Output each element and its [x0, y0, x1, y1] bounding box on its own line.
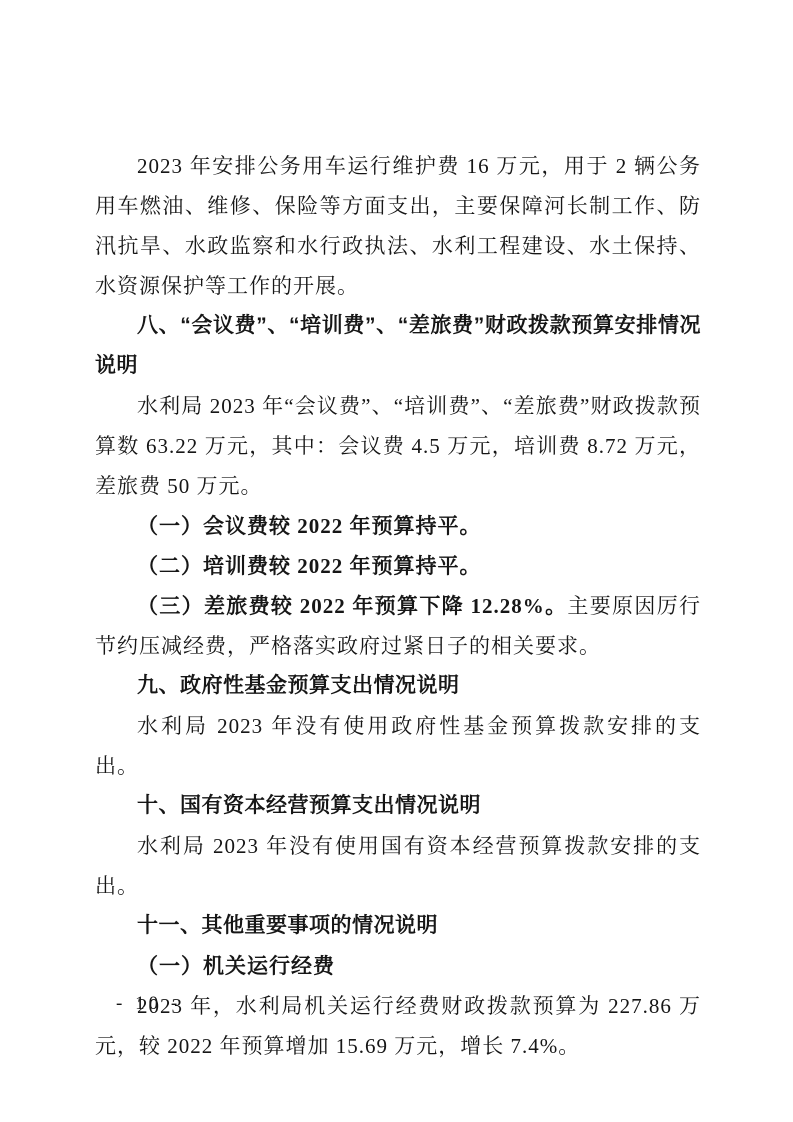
paragraph-vehicle-maintenance: 2023 年安排公务用车运行维护费 16 万元，用于 2 辆公务用车燃油、维修、… [95, 146, 701, 306]
document-page: 2023 年安排公务用车运行维护费 16 万元，用于 2 辆公务用车燃油、维修、… [0, 0, 793, 1122]
section-8-intro: 水利局 2023 年“会议费”、“培训费”、“差旅费”财政拨款预算数 63.22… [95, 386, 701, 506]
section-11-heading: 十一、其他重要事项的情况说明 [95, 906, 701, 946]
section-9-heading: 九、政府性基金预算支出情况说明 [95, 666, 701, 706]
section-10-body: 水利局 2023 年没有使用国有资本经营预算拨款安排的支出。 [95, 826, 701, 906]
section-8-item-3-statement: （三）差旅费较 2022 年预算下降 12.28%。 [137, 594, 567, 618]
page-number: - 10 - [116, 992, 181, 1016]
section-11-sub-1-body: 2023 年，水利局机关运行经费财政拨款预算为 227.86 万元，较 2022… [95, 986, 701, 1066]
section-9-body: 水利局 2023 年没有使用政府性基金预算拨款安排的支出。 [95, 706, 701, 786]
section-10-heading: 十、国有资本经营预算支出情况说明 [95, 786, 701, 826]
section-11-sub-1-heading: （一）机关运行经费 [95, 946, 701, 986]
section-8-heading: 八、“会议费”、“培训费”、“差旅费”财政拨款预算安排情况说明 [95, 306, 701, 386]
section-8-item-3: （三）差旅费较 2022 年预算下降 12.28%。主要原因厉行节约压减经费，严… [95, 586, 701, 666]
section-8-item-2: （二）培训费较 2022 年预算持平。 [95, 546, 701, 586]
section-8-item-1: （一）会议费较 2022 年预算持平。 [95, 506, 701, 546]
